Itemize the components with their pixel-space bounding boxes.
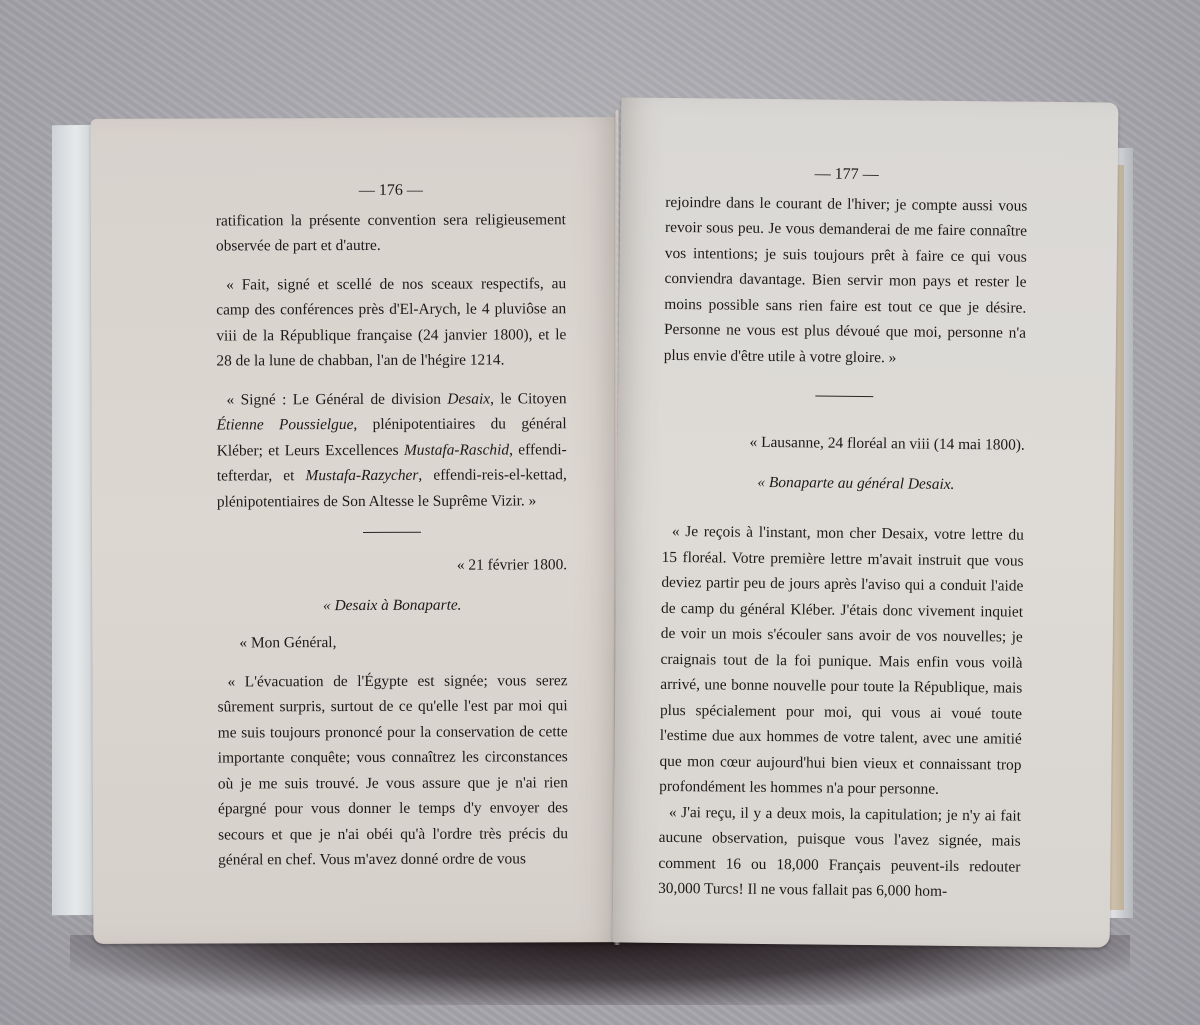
paragraph: « J'ai reçu, il y a deux mois, la capitu… [658,799,1021,905]
text: « Signé : Le Général de division [227,390,448,408]
letter-heading: « Bonaparte au général Desaix. [662,468,1024,497]
letter-heading: « Desaix à Bonaparte. [217,592,567,619]
paragraph: rejoindre dans le courant de l'hiver; je… [664,189,1028,371]
left-page: — 176 — ratification la présente convent… [91,117,619,944]
page-number: — 176 — [216,177,566,204]
name: Mustafa-Raschid [404,441,509,458]
left-page-text: — 176 — ratification la présente convent… [216,177,568,873]
name: Desaix [447,390,490,407]
text: , le Citoyen [490,390,567,407]
paragraph: « Je reçois à l'instant, mon cher Desaix… [659,519,1024,803]
paragraph: « Fait, signé et scellé de nos sceaux re… [216,271,566,374]
signature-paragraph: « Signé : Le Général de division Desaix,… [216,386,566,515]
separator-rule [815,395,873,397]
name: Mustafa-Razycher [305,467,418,484]
paragraph: « L'évacuation de l'Égypte est signée; v… [217,668,568,873]
dateline: « Lausanne, 24 floréal an viii (14 mai 1… [663,429,1025,458]
right-page-text: — 177 — rejoindre dans le courant de l'h… [658,160,1028,905]
separator-rule [363,532,421,533]
paragraph: ratification la présente convention sera… [216,207,566,259]
salutation: « Mon Général, [217,629,567,656]
page-number: — 177 — [666,160,1028,189]
dateline: « 21 février 1800. [217,552,567,579]
right-page: — 177 — rejoindre dans le courant de l'h… [613,97,1119,947]
name: Étienne Poussielgue [217,416,354,433]
